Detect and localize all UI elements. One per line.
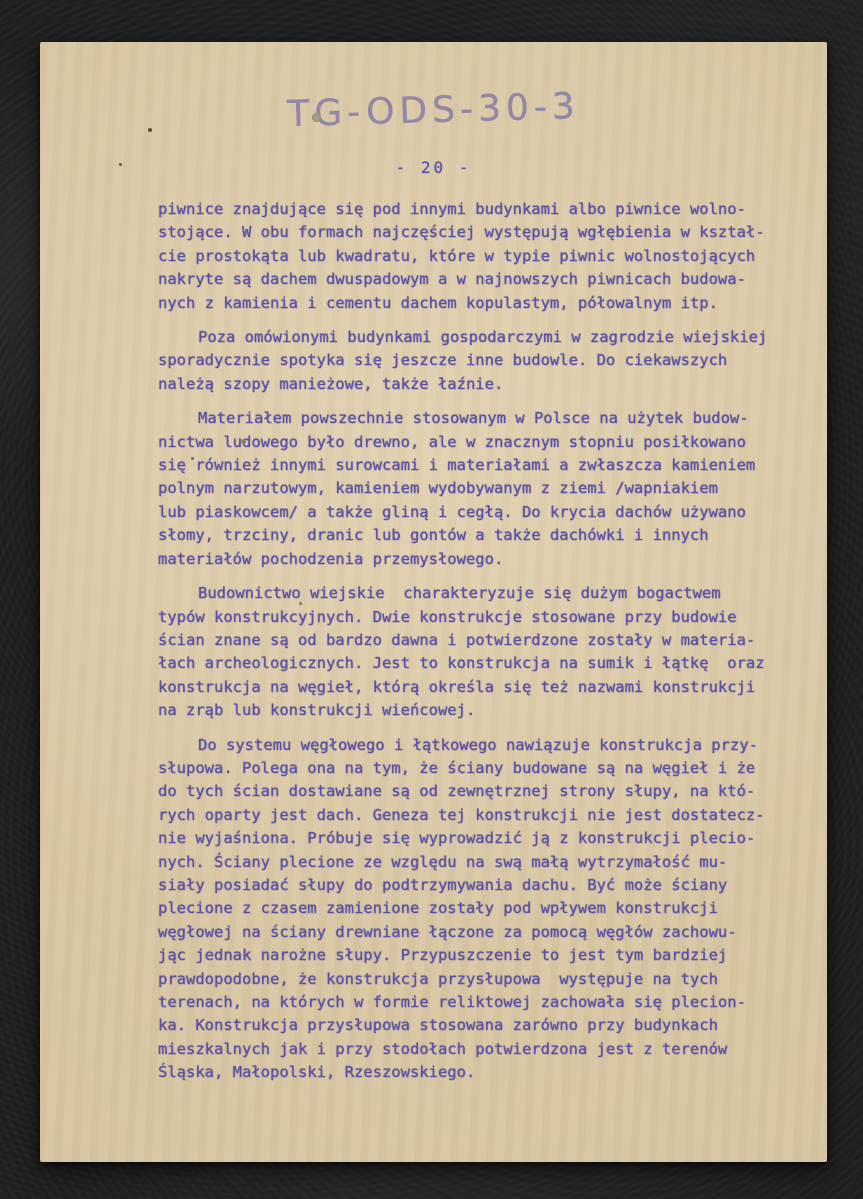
text-line: należą szopy manieżowe, także łaźnie.: [158, 373, 798, 396]
text-line: piwnice znajdujące się pod innymi budynk…: [158, 198, 798, 221]
paragraph: piwnice znajdujące się pod innymi budynk…: [158, 198, 798, 315]
paper-speck: [312, 113, 321, 122]
handwritten-archive-code: TG-ODS-30-3: [40, 79, 828, 142]
text-line: Budownictwo wiejskie charakteryzuje się …: [158, 582, 798, 605]
paper-speck: [148, 128, 152, 132]
text-line: na zrąb lub konstrukcji wieńcowej.: [158, 699, 798, 722]
text-line: słupowa. Polega ona na tym, że ściany bu…: [158, 757, 798, 780]
text-line: rych oparty jest dach. Geneza tej konstr…: [158, 804, 798, 827]
text-line: sporadycznie spotyka się jeszcze inne bu…: [158, 349, 798, 372]
paper-speck: [119, 163, 122, 166]
paper-speck: [241, 439, 246, 444]
text-line: materiałów pochodzenia przemysłowego.: [158, 548, 798, 571]
paragraph: Do systemu węgłowego i łątkowego nawiązu…: [158, 734, 798, 1085]
text-line: nie wyjaśniona. Próbuje się wyprowadzić …: [158, 827, 798, 850]
typewritten-text: piwnice znajdujące się pod innymi budynk…: [158, 198, 798, 1096]
text-line: prawdopodobne, że konstrukcja przysłupow…: [158, 968, 798, 991]
text-line: nakryte są dachem dwuspadowym a w najnow…: [158, 268, 798, 291]
text-line: lub piaskowcem/ a także gliną i cegłą. D…: [158, 501, 798, 524]
text-line: się również innymi surowcami i materiała…: [158, 454, 798, 477]
text-line: jąc jednak narożne słupy. Przypuszczenie…: [158, 944, 798, 967]
text-line: węgłowej na ściany drewniane łączone za …: [158, 921, 798, 944]
text-line: konstrukcja na węgieł, którą określa się…: [158, 676, 798, 699]
text-line: nych. Ściany plecione ze względu na swą …: [158, 851, 798, 874]
text-line: ścian znane są od bardzo dawna i potwier…: [158, 629, 798, 652]
text-line: ka. Konstrukcja przysłupowa stosowana za…: [158, 1014, 798, 1037]
text-line: łach archeologicznych. Jest to konstrukc…: [158, 652, 798, 675]
text-line: do tych ścian dostawiane są od zewnętrzn…: [158, 780, 798, 803]
document-page: TG-ODS-30-3 - 20 - piwnice znajdujące si…: [40, 42, 827, 1162]
page-number: - 20 -: [40, 158, 827, 177]
text-line: typów konstrukcyjnych. Dwie konstrukcje …: [158, 606, 798, 629]
text-line: Materiałem powszechnie stosowanym w Pols…: [158, 407, 798, 430]
paper-speck: [299, 602, 302, 605]
text-line: nych z kamienia i cementu dachem kopulas…: [158, 292, 798, 315]
photo-background: { "colors": { "background_leather": "#1f…: [0, 0, 863, 1199]
paper-speck: [191, 457, 194, 460]
text-line: polnym narzutowym, kamieniem wydobywanym…: [158, 477, 798, 500]
text-line: plecione z czasem zamienione zostały pod…: [158, 897, 798, 920]
text-line: terenach, na których w formie reliktowej…: [158, 991, 798, 1014]
paragraph: Budownictwo wiejskie charakteryzuje się …: [158, 582, 798, 722]
paragraph: Materiałem powszechnie stosowanym w Pols…: [158, 407, 798, 571]
text-line: nictwa ludowego było drewno, ale w znacz…: [158, 431, 798, 454]
text-line: cie prostokąta lub kwadratu, które w typ…: [158, 245, 798, 268]
text-line: mieszkalnych jak i przy stodołach potwie…: [158, 1038, 798, 1061]
text-line: Śląska, Małopolski, Rzeszowskiego.: [158, 1061, 798, 1084]
paragraph: Poza omówionymi budynkami gospodarczymi …: [158, 326, 798, 396]
text-line: słomy, trzciny, dranic lub gontów a takż…: [158, 524, 798, 547]
text-line: siały posiadać słupy do podtrzymywania d…: [158, 874, 798, 897]
text-line: Do systemu węgłowego i łątkowego nawiązu…: [158, 734, 798, 757]
text-line: stojące. W obu formach najczęściej wystę…: [158, 221, 798, 244]
text-line: Poza omówionymi budynkami gospodarczymi …: [158, 326, 798, 349]
